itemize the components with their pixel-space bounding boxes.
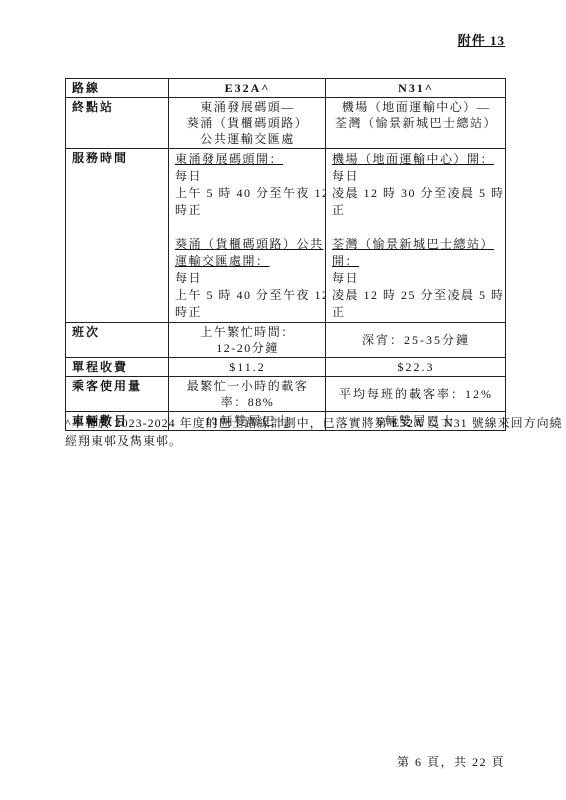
frequency-label-cell: 班次 [66, 323, 169, 358]
patronage-e32a-line1: 最繁忙一小時的載客 [175, 378, 320, 394]
table-row-fare: 單程收費 $11.2 $22.3 [66, 358, 506, 377]
service-e32a-line3: 上午 5 時 40 分至午夜 12 [175, 185, 320, 202]
service-e32a-heading2a: 葵涌（貨櫃碼頭路）公共 [175, 236, 320, 253]
service-n31-heading2a: 荃灣（愉景新城巴士總站） [332, 236, 500, 253]
patronage-n31-cell: 平均每班的載客率：12% [326, 377, 506, 412]
terminus-label-cell: 終點站 [66, 98, 169, 149]
table-row-patronage: 乘客使用量 最繁忙一小時的載客 率：88% 平均每班的載客率：12% [66, 377, 506, 412]
patronage-e32a-line2: 率：88% [175, 394, 320, 410]
footnote-line1: ^本署於 2023-2024 年度的巴士路線計劃中，已落實將第 E32A 及 N… [65, 414, 525, 432]
fare-n31-cell: $22.3 [326, 358, 506, 377]
service-e32a-line4: 時正 [175, 202, 320, 219]
fare-e32a-cell: $11.2 [169, 358, 326, 377]
terminus-n31-cell: 機場（地面運輸中心）— 荃灣（愉景新城巴士總站） [326, 98, 506, 149]
document-page: 附件 13 路線 E32A^ N31^ 終點站 東涌發展碼頭— 葵涌（貨櫃碼頭路… [0, 0, 566, 800]
service-e32a-line10: 時正 [175, 304, 320, 321]
table-row-terminus: 終點站 東涌發展碼頭— 葵涌（貨櫃碼頭路） 公共運輸交匯處 機場（地面運輸中心）… [66, 98, 506, 149]
service-n31-cell: 機場（地面運輸中心）開： 每日 凌晨 12 時 30 分至凌晨 5 時 正 荃灣… [326, 149, 506, 323]
route-n31-cell: N31^ [326, 79, 506, 98]
service-n31-line8: 每日 [332, 270, 500, 287]
frequency-e32a-line1: 上午繁忙時間： [175, 324, 320, 340]
terminus-n31-line1: 機場（地面運輸中心）— [332, 99, 500, 115]
page-number: 第 6 頁，共 22 頁 [397, 753, 505, 770]
service-n31-line10: 正 [332, 304, 500, 321]
service-n31-heading1: 機場（地面運輸中心）開： [332, 151, 500, 168]
service-e32a-heading1: 東涌發展碼頭開： [175, 151, 320, 168]
service-e32a-heading2b: 運輸交匯處開： [175, 253, 320, 270]
appendix-label: 附件 13 [458, 30, 505, 49]
frequency-e32a-cell: 上午繁忙時間： 12-20分鐘 [169, 323, 326, 358]
service-e32a-line9: 上午 5 時 40 分至午夜 12 [175, 287, 320, 304]
service-n31-line2: 每日 [332, 168, 500, 185]
service-e32a-line2: 每日 [175, 168, 320, 185]
service-n31-heading2b: 開： [332, 253, 500, 270]
bus-route-table: 路線 E32A^ N31^ 終點站 東涌發展碼頭— 葵涌（貨櫃碼頭路） 公共運輸… [65, 78, 506, 431]
service-n31-spacer [332, 219, 500, 236]
terminus-n31-line2: 荃灣（愉景新城巴士總站） [332, 115, 500, 131]
footnote-line2: 經翔東邨及雋東邨。 [65, 432, 525, 450]
service-e32a-spacer [175, 219, 320, 236]
route-e32a-cell: E32A^ [169, 79, 326, 98]
frequency-e32a-line2: 12-20分鐘 [175, 340, 320, 356]
footnote: ^本署於 2023-2024 年度的巴士路線計劃中，已落實將第 E32A 及 N… [65, 414, 525, 450]
service-e32a-line8: 每日 [175, 270, 320, 287]
service-e32a-cell: 東涌發展碼頭開： 每日 上午 5 時 40 分至午夜 12 時正 葵涌（貨櫃碼頭… [169, 149, 326, 323]
table-row-frequency: 班次 上午繁忙時間： 12-20分鐘 深宵：25-35分鐘 [66, 323, 506, 358]
patronage-label-cell: 乘客使用量 [66, 377, 169, 412]
service-label-cell: 服務時間 [66, 149, 169, 323]
terminus-e32a-line2: 葵涌（貨櫃碼頭路） [175, 115, 320, 131]
service-n31-line3: 凌晨 12 時 30 分至凌晨 5 時 [332, 185, 500, 202]
terminus-e32a-cell: 東涌發展碼頭— 葵涌（貨櫃碼頭路） 公共運輸交匯處 [169, 98, 326, 149]
frequency-n31-cell: 深宵：25-35分鐘 [326, 323, 506, 358]
table-row-service-hours: 服務時間 東涌發展碼頭開： 每日 上午 5 時 40 分至午夜 12 時正 葵涌… [66, 149, 506, 323]
terminus-e32a-line1: 東涌發展碼頭— [175, 99, 320, 115]
fare-label-cell: 單程收費 [66, 358, 169, 377]
patronage-e32a-cell: 最繁忙一小時的載客 率：88% [169, 377, 326, 412]
service-n31-line4: 正 [332, 202, 500, 219]
service-n31-line9: 凌晨 12 時 25 分至凌晨 5 時 [332, 287, 500, 304]
route-label-cell: 路線 [66, 79, 169, 98]
table-row-route: 路線 E32A^ N31^ [66, 79, 506, 98]
terminus-e32a-line3: 公共運輸交匯處 [175, 131, 320, 147]
